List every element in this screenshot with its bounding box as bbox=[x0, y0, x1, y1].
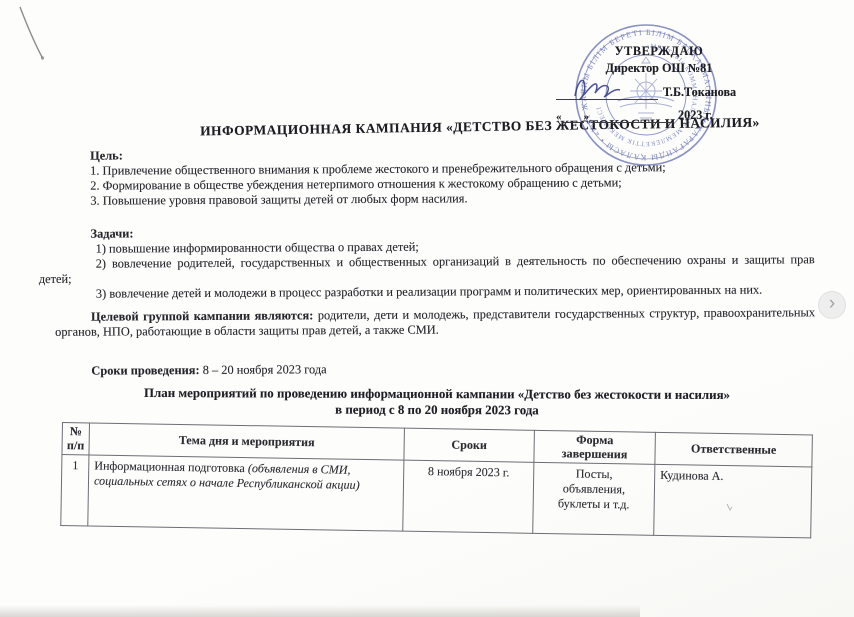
approval-director-line: Директор ОШ №81 bbox=[556, 61, 762, 76]
document-viewer: { "approval": { "approve_word": "УТВЕРЖД… bbox=[0, 0, 854, 617]
approval-block: УТВЕРЖДАЮ Директор ОШ №81 Т.Б.Токанова «… bbox=[556, 44, 762, 123]
header-topic: Тема дня и мероприятия bbox=[89, 423, 404, 460]
header-resp: Ответственные bbox=[655, 432, 813, 467]
approval-word: УТВЕРЖДАЮ bbox=[556, 44, 762, 59]
plan-title-line1: План мероприятий по проведению информаци… bbox=[62, 385, 812, 404]
header-form: Форма завершения bbox=[534, 430, 656, 464]
pen-scratch-mark bbox=[12, 4, 56, 68]
cell-topic: Информационная подготовка (объявления в … bbox=[88, 455, 404, 531]
close-quote: » bbox=[584, 111, 590, 123]
signer-name: Т.Б.Токанова bbox=[663, 85, 736, 100]
plan-table: № п/п Тема дня и мероприятия Сроки Форма… bbox=[60, 422, 813, 538]
handwritten-signature bbox=[572, 76, 624, 104]
plan-title-line2: в период с 8 по 20 ноября 2023 года bbox=[62, 401, 812, 420]
approval-year: 2023 г. bbox=[678, 108, 713, 123]
cell-num: 1 bbox=[61, 455, 89, 526]
chevron-right-icon: › bbox=[829, 294, 835, 313]
header-date: Сроки bbox=[404, 428, 535, 462]
next-page-button[interactable]: › bbox=[818, 291, 846, 319]
cell-date: 8 ноября 2023 г. bbox=[403, 460, 534, 533]
table-row: 1 Информационная подготовка (объявления … bbox=[61, 455, 812, 538]
plan-table-container: № п/п Тема дня и мероприятия Сроки Форма… bbox=[60, 422, 813, 538]
signature-line bbox=[556, 79, 658, 100]
approval-date-line: « » 2023 г. bbox=[556, 107, 762, 123]
scan-edge-shadow bbox=[0, 605, 640, 617]
small-pen-tick bbox=[724, 500, 738, 514]
header-num: № п/п bbox=[62, 423, 90, 455]
document-body: Цель: 1. Привлечение общественного внима… bbox=[38, 144, 815, 379]
dates-label: Сроки проведения: bbox=[91, 363, 199, 378]
cell-form: Посты, объявления, буклеты и т.д. bbox=[533, 462, 655, 535]
target-group-label: Целевой группой кампании являются: bbox=[91, 308, 313, 323]
scanned-page: БІЛІМ БАСҚАРМАСЫНЫҢ ҚАРАҒАНДЫ ҚАЛАСЫ • «… bbox=[0, 0, 854, 617]
plan-title: План мероприятий по проведению информаци… bbox=[62, 385, 812, 420]
